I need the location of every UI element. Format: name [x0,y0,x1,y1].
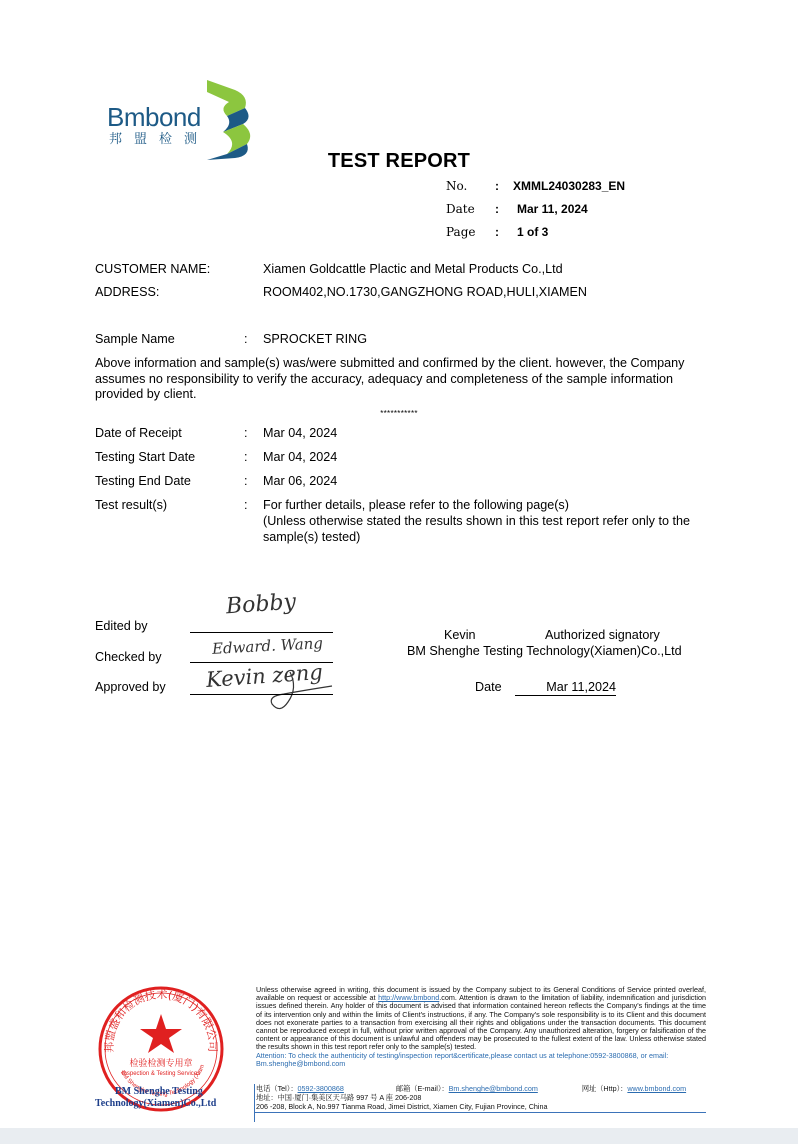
customer-name-value: Xiamen Goldcattle Plactic and Metal Prod… [263,263,563,276]
colon: : [244,427,248,440]
svg-text:Inspection & Testing Services: Inspection & Testing Services [122,1071,200,1077]
email-link[interactable]: Bm.shenghe@bmbond.com [449,1084,538,1093]
address-en: 206 -208, Block A, No.997 Tianma Road, J… [256,1103,548,1110]
edited-by-line [190,632,333,633]
signatory-title: Authorized signatory [545,629,660,642]
signature-flourish-icon [262,668,334,716]
sign-date-value: Mar 11,2024 [515,681,616,696]
terms-text-2: Attention is drawn to the limitation of … [256,993,706,1051]
colon: : [495,226,499,238]
address-cn: 地址：中国·厦门·集美区天马路 997 号 A 座 206-208 [256,1094,421,1101]
email-label: 邮箱（E-mail）： [396,1084,449,1093]
colon: : [244,451,248,464]
brand-logo-text: Bmbond [107,104,201,130]
report-page-label: Page [446,226,475,238]
stamp-caption-line2: Technology(Xiamen)Co.,Ltd [95,1098,216,1109]
colon: : [495,180,499,192]
colon: : [244,499,248,512]
test-results-note: (Unless otherwise stated the results sho… [263,514,711,545]
address-value: ROOM402,NO.1730,GANGZHONG ROAD,HULI,XIAM… [263,286,587,299]
sample-name-label: Sample Name [95,333,175,346]
web-label: 网址（Http）： [582,1084,628,1093]
svg-text:检验检测专用章: 检验检测专用章 [129,1057,192,1069]
signatory-name: Kevin [444,629,476,642]
report-page-value: 1 of 3 [517,226,548,238]
test-results-value: For further details, please refer to the… [263,499,569,512]
date-of-receipt-value: Mar 04, 2024 [263,427,337,440]
sample-name-value: SPROCKET RING [263,333,367,346]
checked-by-label: Checked by [95,651,162,664]
report-number-value: XMML24030283_EN [513,180,625,192]
address-label: ADDRESS: [95,286,159,299]
testing-start-date-label: Testing Start Date [95,451,195,464]
authenticity-notice: Attention: To check the authenticity of … [256,1052,706,1068]
stamp-caption-line1: BM Shenghe Testing [115,1086,203,1097]
tel-link[interactable]: 0592-3800868 [298,1084,344,1093]
contact-row: 电话（Tel）：0592-3800868 邮箱（E-mail）：Bm.sheng… [256,1085,686,1092]
checked-by-signature: Edward. Wang [212,634,324,658]
colon: : [495,203,499,215]
report-date-value: Mar 11, 2024 [517,203,588,215]
test-results-label: Test result(s) [95,499,167,512]
approved-by-line [190,694,333,695]
tel-label: 电话（Tel）： [256,1084,298,1093]
separator-stars: *********** [0,409,798,418]
edited-by-signature: Bobby [225,590,297,620]
footer-vertical-rule [254,1084,255,1122]
report-date-label: Date [446,203,475,215]
terms-fine-print: Unless otherwise agreed in writing, this… [256,986,706,1068]
sign-date-label: Date [475,681,502,694]
customer-name-label: CUSTOMER NAME: [95,263,210,276]
testing-start-date-value: Mar 04, 2024 [263,451,337,464]
report-page: Bmbond 邦盟检测 TEST REPORT No. : XMML240302… [0,0,798,1128]
approved-by-label: Approved by [95,681,166,694]
edited-by-label: Edited by [95,620,148,633]
sample-disclaimer: Above information and sample(s) was/were… [95,356,710,403]
brand-logo-cn: 邦盟检测 [109,132,209,145]
testing-end-date-value: Mar 06, 2024 [263,475,337,488]
signatory-company: BM Shenghe Testing Technology(Xiamen)Co.… [407,645,682,658]
web-link[interactable]: www.bmbond.com [627,1084,686,1093]
report-title: TEST REPORT [0,150,798,173]
report-number-label: No. [446,180,467,192]
colon: : [244,475,248,488]
colon: : [244,333,248,346]
date-of-receipt-label: Date of Receipt [95,427,182,440]
footer-horizontal-rule [254,1112,706,1113]
testing-end-date-label: Testing End Date [95,475,191,488]
